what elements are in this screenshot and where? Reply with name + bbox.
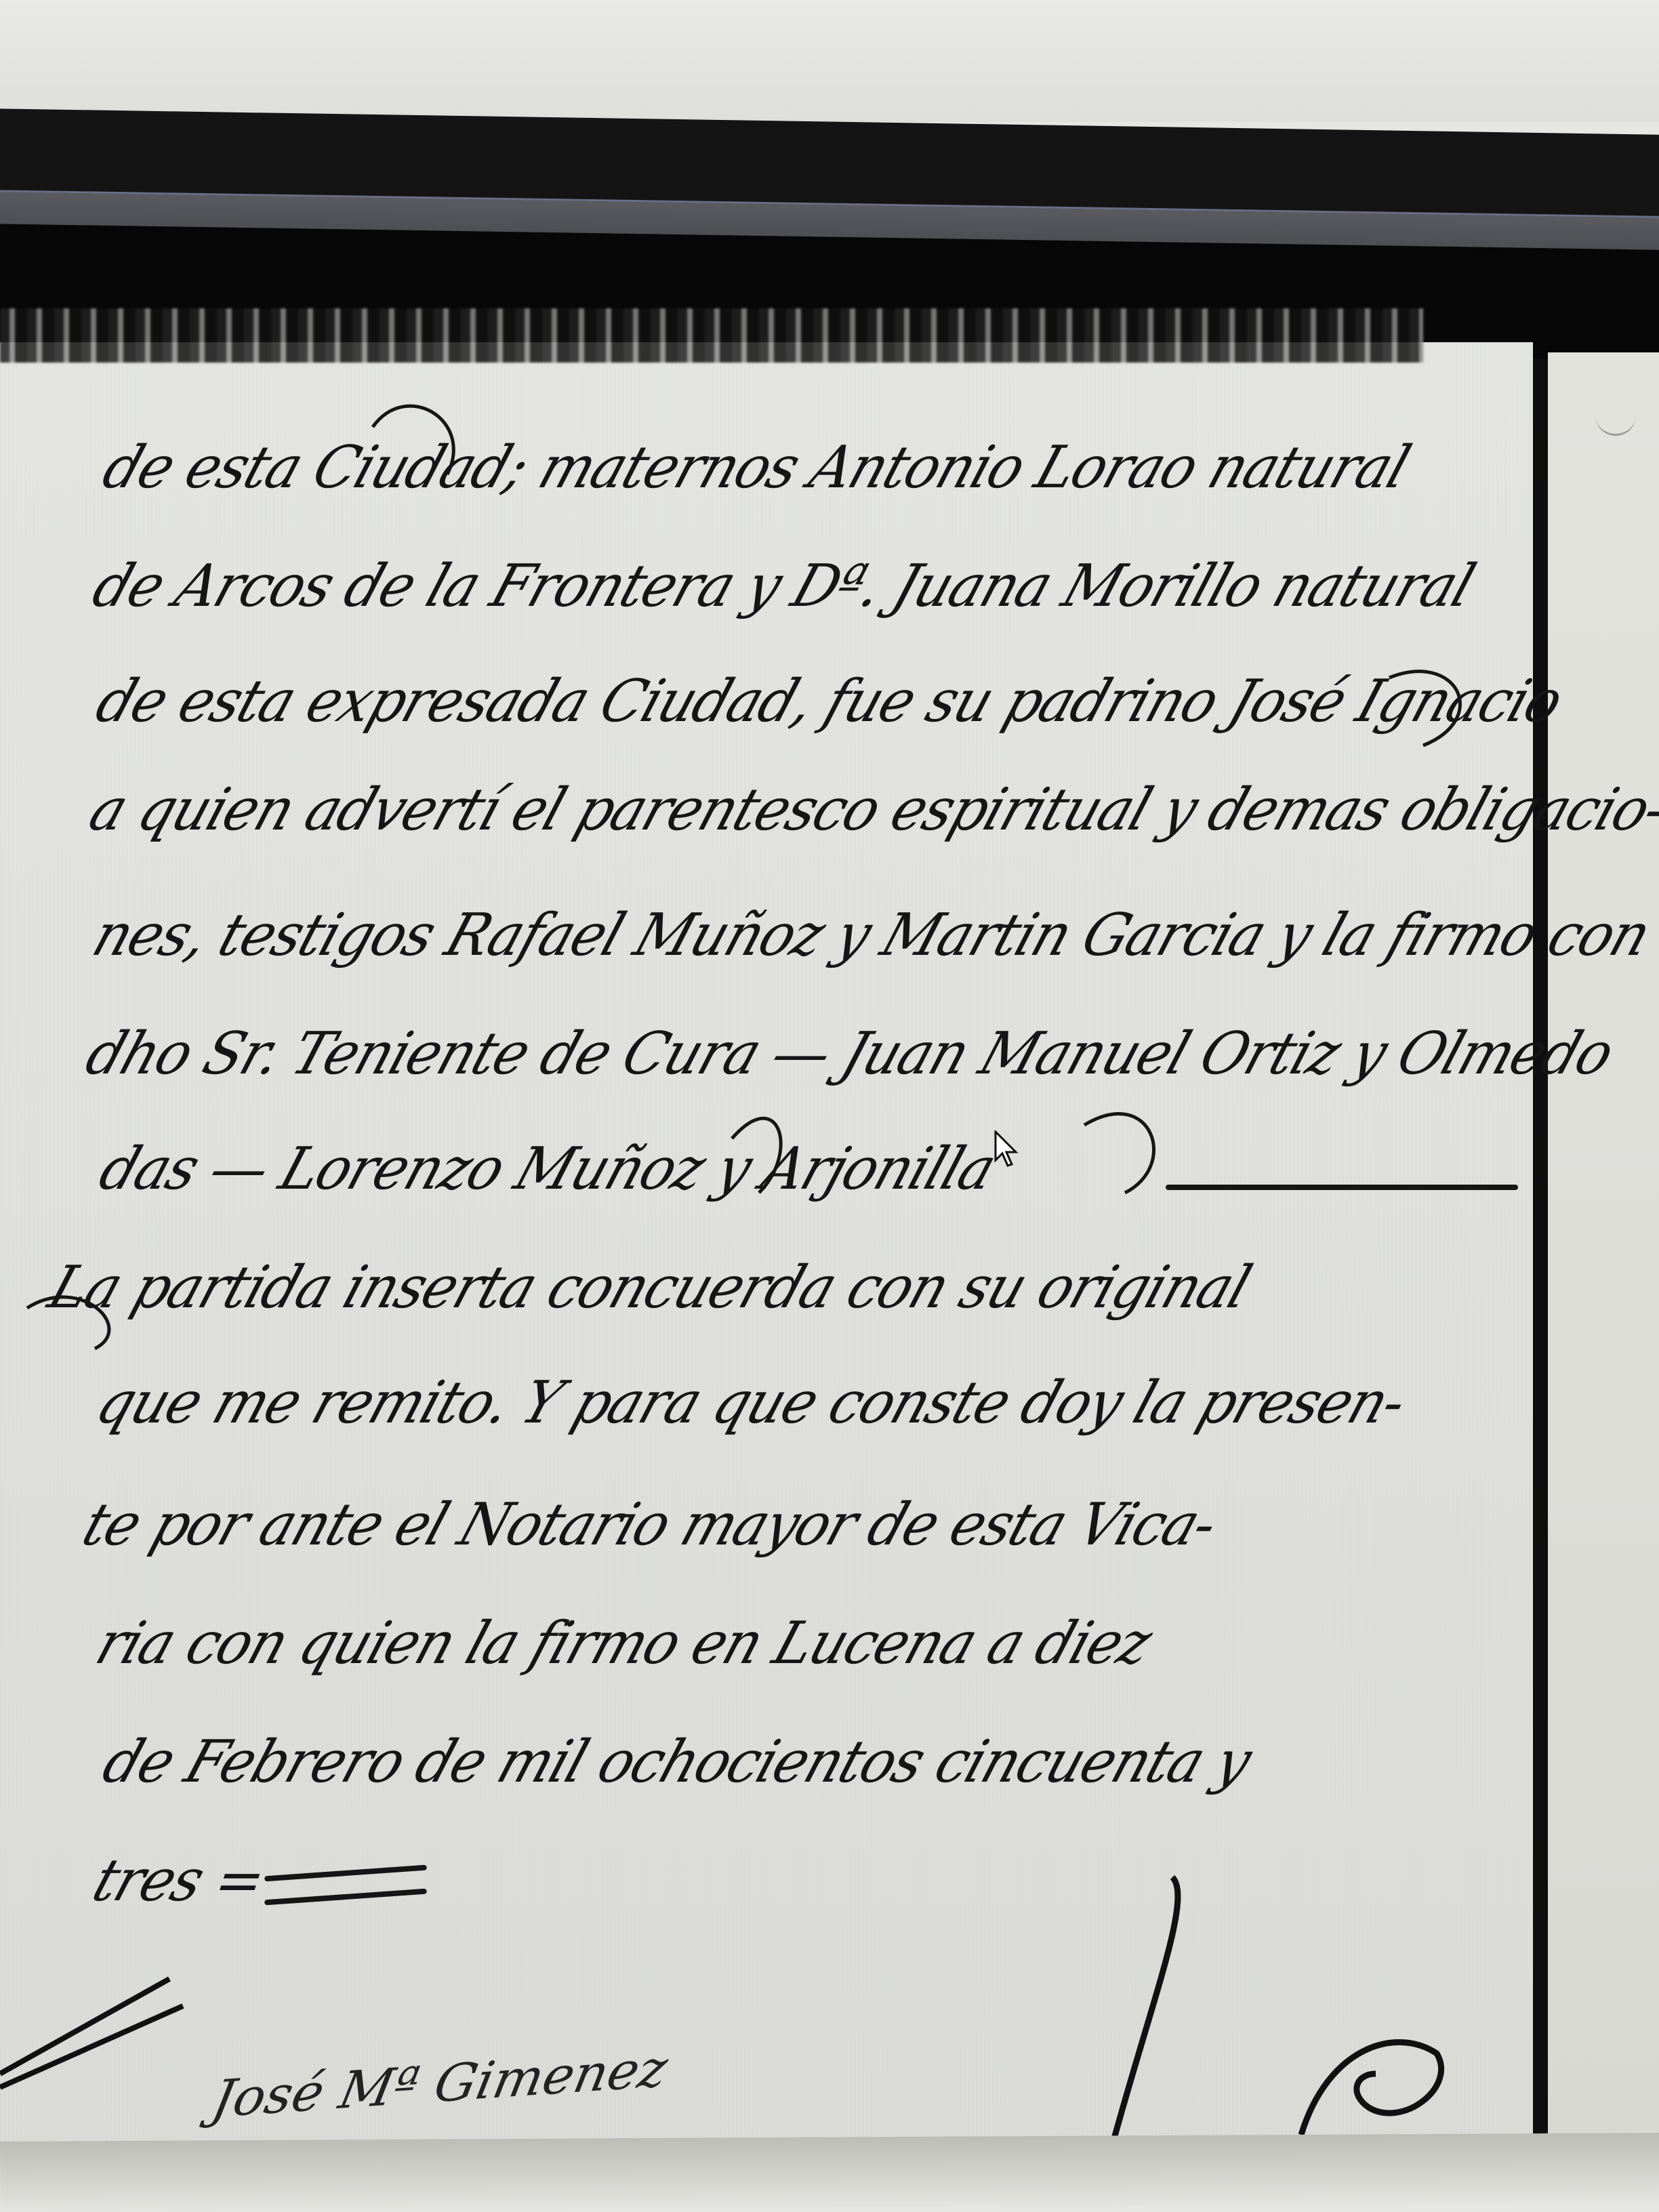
flourishes — [0, 0, 1659, 2212]
capital-loop — [373, 406, 453, 474]
rubric-flourish — [1111, 1877, 1441, 2148]
left-margin-strokes — [0, 1979, 183, 2087]
mouse-cursor-icon — [994, 1130, 1021, 1168]
monitor-bottom-bezel — [0, 2133, 1659, 2212]
